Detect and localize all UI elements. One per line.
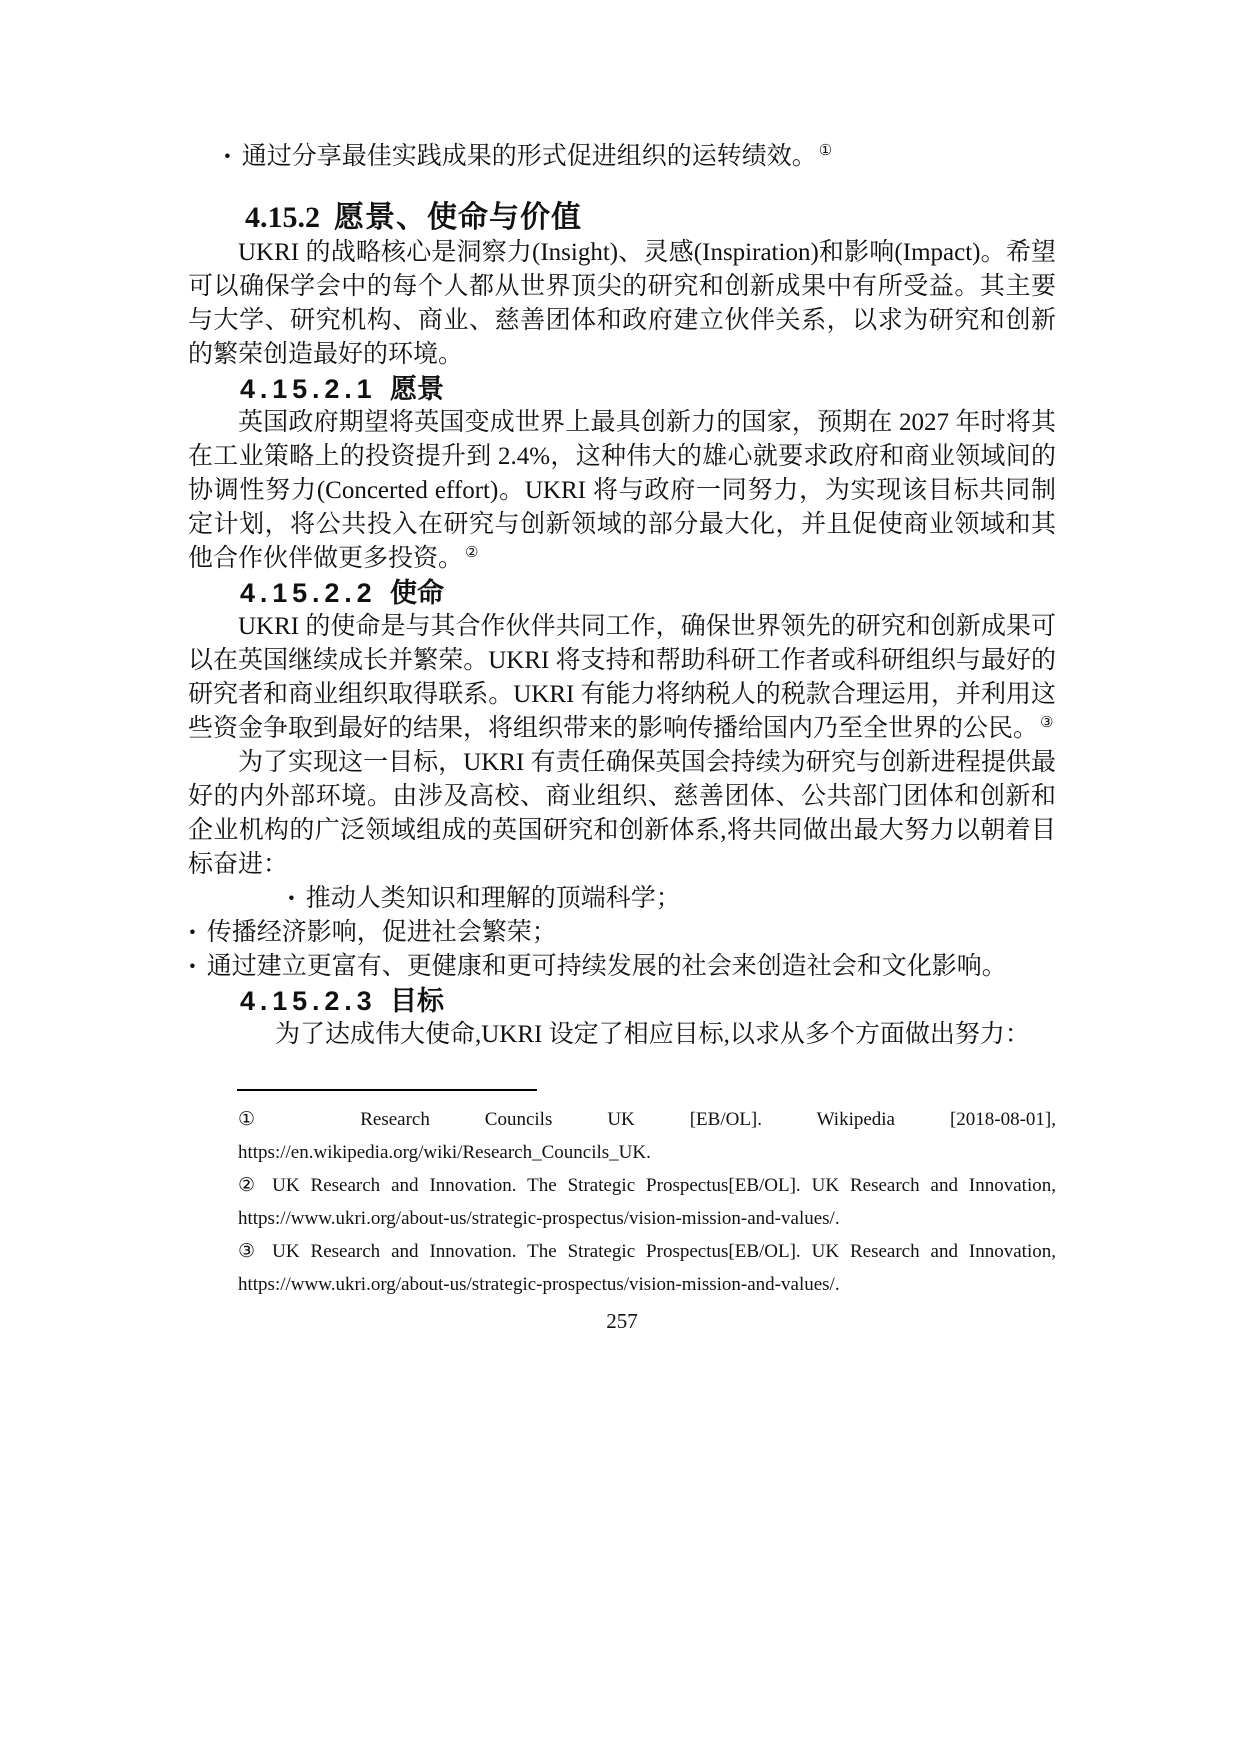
footnote-ref-3: ③ xyxy=(1040,715,1053,731)
footnote-marker-2: ② xyxy=(238,1175,261,1196)
subsection-heading-number: 4.15.2.3 xyxy=(240,986,376,1016)
mission-bullet-item: •传播经济影响，促进社会繁荣； xyxy=(188,916,1056,950)
footnote-entry-1-url: https://en.wikipedia.org/wiki/Research_C… xyxy=(238,1136,1056,1169)
subsection-heading-mission: 4.15.2.2使命 xyxy=(240,576,1056,610)
mission-bullet-item: •通过建立更富有、更健康和更可持续发展的社会来创造社会和文化影响。 xyxy=(188,950,1056,984)
section-heading-title: 愿景、使命与价值 xyxy=(334,201,582,234)
footnote-entry-1-line-1: ① Research Councils UK [EB/OL]. Wikipedi… xyxy=(238,1103,1056,1136)
section-heading-number: 4.15.2 xyxy=(245,201,320,234)
subsection-heading-goals: 4.15.2.3目标 xyxy=(240,984,1056,1018)
mission-bullet-text: 推动人类知识和理解的顶端科学； xyxy=(306,885,681,912)
bullet-icon: • xyxy=(189,954,196,980)
subsection-heading-vision: 4.15.2.1愿景 xyxy=(240,372,1056,406)
mission-bullet-text: 传播经济影响，促进社会繁荣； xyxy=(207,919,557,946)
bullet-icon: • xyxy=(189,920,196,946)
footnote-entry-3-line-1: ③ UK Research and Innovation. The Strate… xyxy=(238,1235,1056,1268)
mission-bullet-item: •推动人类知识和理解的顶端科学； xyxy=(287,882,1056,916)
footnote-separator xyxy=(237,1089,537,1091)
bullet-icon: • xyxy=(288,886,295,912)
footnote-marker-3: ③ xyxy=(238,1241,261,1262)
vision-paragraph-text: 英国政府期望将英国变成世界上最具创新力的国家，预期在 2027 年时将其在工业策… xyxy=(188,409,1056,572)
page-number: 257 xyxy=(188,1309,1056,1334)
subsection-heading-number: 4.15.2.1 xyxy=(240,374,376,404)
footnote-text-3: UK Research and Innovation. The Strategi… xyxy=(272,1241,1056,1262)
subsection-heading-number: 4.15.2.2 xyxy=(240,578,376,608)
footnotes-block: ① Research Councils UK [EB/OL]. Wikipedi… xyxy=(238,1103,1056,1301)
footnote-marker-1: ① xyxy=(238,1109,305,1130)
subsection-heading-title: 使命 xyxy=(390,578,444,608)
footnote-ref-2: ② xyxy=(465,545,478,561)
mission-bullet-text: 通过建立更富有、更健康和更可持续发展的社会来创造社会和文化影响。 xyxy=(207,953,1007,980)
vision-paragraph: 英国政府期望将英国变成世界上最具创新力的国家，预期在 2027 年时将其在工业策… xyxy=(188,406,1056,576)
document-page: •通过分享最佳实践成果的形式促进组织的运转绩效。① 4.15.2愿景、使命与价值… xyxy=(0,0,1240,1753)
footnote-entry-2-line-1: ② UK Research and Innovation. The Strate… xyxy=(238,1169,1056,1202)
footnote-text-1: Research Councils UK [EB/OL]. Wikipedia … xyxy=(360,1109,1056,1130)
bullet-icon: • xyxy=(224,144,231,170)
mission-paragraph-2: 为了实现这一目标，UKRI 有责任确保英国会持续为研究与创新进程提供最好的内外部… xyxy=(188,746,1056,882)
footnote-text-2: UK Research and Innovation. The Strategi… xyxy=(272,1175,1056,1196)
page-content: •通过分享最佳实践成果的形式促进组织的运转绩效。① 4.15.2愿景、使命与价值… xyxy=(0,0,1240,1334)
footnote-ref-1: ① xyxy=(819,143,832,159)
footnote-entry-2-url: https://www.ukri.org/about-us/strategic-… xyxy=(238,1202,1056,1235)
carryover-bullet-text: 通过分享最佳实践成果的形式促进组织的运转绩效。 xyxy=(242,143,817,170)
carryover-bullet-item: •通过分享最佳实践成果的形式促进组织的运转绩效。① xyxy=(223,140,1056,174)
mission-paragraph-1: UKRI 的使命是与其合作伙伴共同工作，确保世界领先的研究和创新成果可以在英国继… xyxy=(188,610,1056,746)
intro-paragraph: UKRI 的战略核心是洞察力(Insight)、灵感(Inspiration)和… xyxy=(188,236,1056,372)
goals-paragraph: 为了达成伟大使命,UKRI 设定了相应目标,以求从多个方面做出努力： xyxy=(188,1018,1056,1052)
section-heading-4-15-2: 4.15.2愿景、使命与价值 xyxy=(245,200,1056,236)
mission-paragraph-1-text: UKRI 的使命是与其合作伙伴共同工作，确保世界领先的研究和创新成果可以在英国继… xyxy=(188,613,1056,742)
footnote-entry-3-url: https://www.ukri.org/about-us/strategic-… xyxy=(238,1268,1056,1301)
subsection-heading-title: 目标 xyxy=(390,986,444,1016)
subsection-heading-title: 愿景 xyxy=(390,374,444,404)
